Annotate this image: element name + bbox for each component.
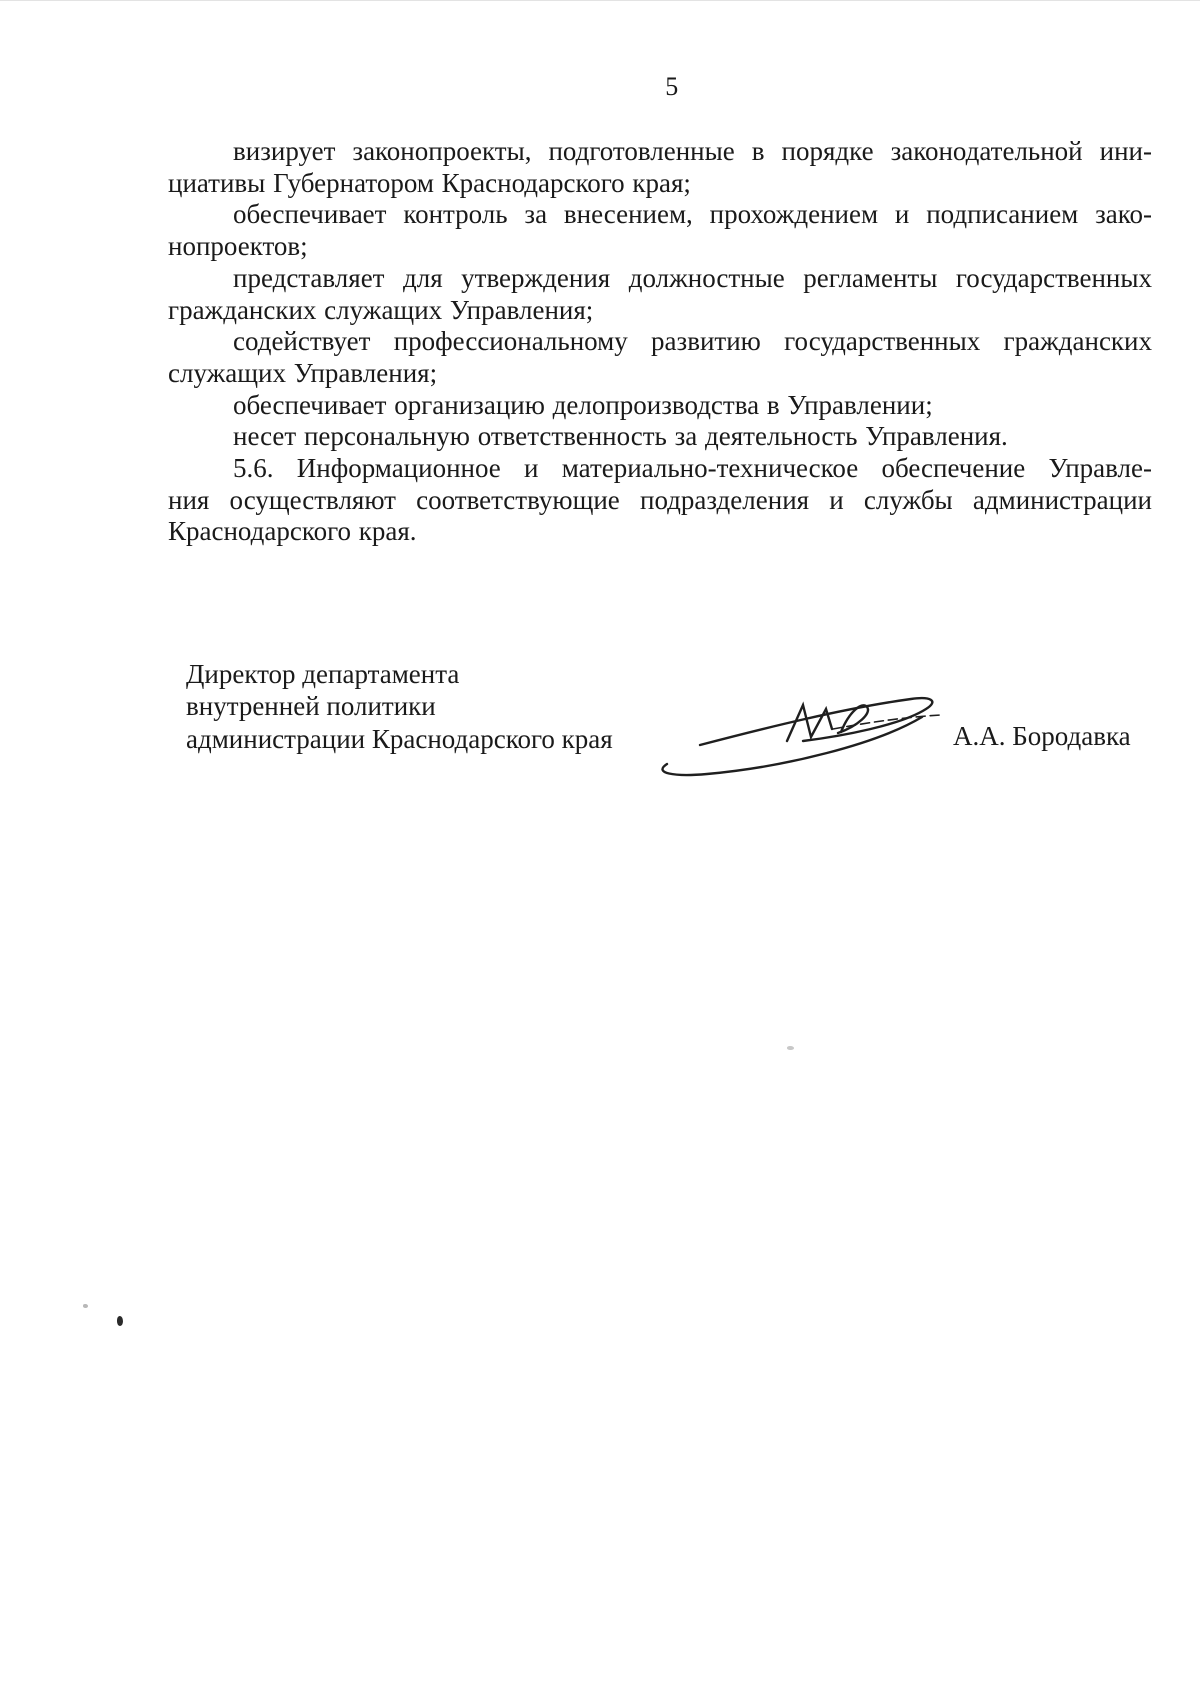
document-line: обеспечивает контроль за внесением, прох… bbox=[168, 199, 1152, 231]
document-body: визирует законопроекты, подготовленные в… bbox=[168, 136, 1152, 548]
document-page: 5 визирует законопроекты, подготовленные… bbox=[0, 0, 1200, 1693]
document-line: обеспечивает организацию делопроизводств… bbox=[168, 390, 1152, 422]
document-line: 5.6. Информационное и материально-технич… bbox=[168, 453, 1152, 485]
document-line: представляет для утверждения должностные… bbox=[168, 263, 1152, 295]
document-line: гражданских служащих Управления; bbox=[168, 295, 1152, 327]
faint-smudge bbox=[787, 1046, 794, 1050]
signature-title-line: внутренней политики bbox=[186, 690, 613, 722]
document-line: нопроектов; bbox=[168, 231, 1152, 263]
signature-title-block: Директор департаментавнутренней политики… bbox=[186, 658, 613, 755]
scan-edge-artifact bbox=[0, 0, 1200, 1]
ink-speck bbox=[117, 1316, 123, 1326]
document-line: ния осуществляют соответствующие подразд… bbox=[168, 485, 1152, 517]
document-line: несет персональную ответственность за де… bbox=[168, 421, 1152, 453]
signatory-name: А.А. Бородавка bbox=[953, 721, 1131, 752]
document-line: содействует профессиональному развитию г… bbox=[168, 326, 1152, 358]
signature-title-line: Директор департамента bbox=[186, 658, 613, 690]
page-number: 5 bbox=[652, 72, 692, 102]
signature-title-line: администрации Краснодарского края bbox=[186, 723, 613, 755]
small-speck bbox=[83, 1304, 88, 1308]
document-line: визирует законопроекты, подготовленные в… bbox=[168, 136, 1152, 168]
document-line: циативы Губернатором Краснодарского края… bbox=[168, 168, 1152, 200]
document-line: Краснодарского края. bbox=[168, 516, 1152, 548]
document-line: служащих Управления; bbox=[168, 358, 1152, 390]
handwritten-signature-icon bbox=[645, 688, 945, 783]
